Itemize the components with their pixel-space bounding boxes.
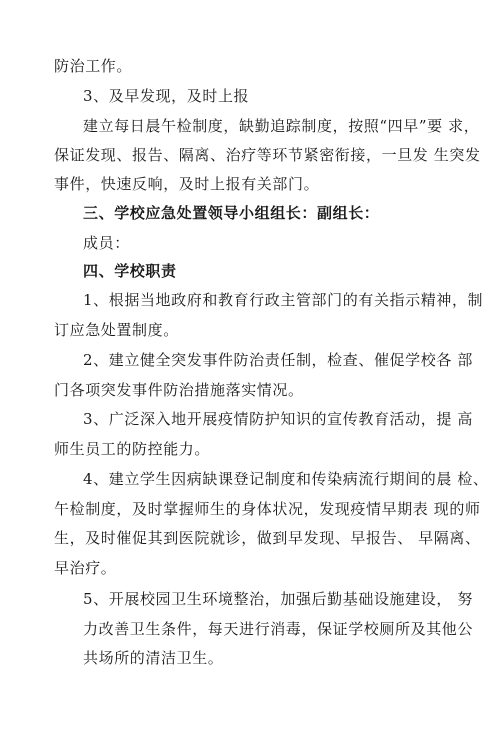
paragraph-line: 3、广泛深入地开展疫情防护知识的宣传教育活动，提 高 bbox=[83, 409, 448, 429]
document-page: 防治工作。 3、及早发现，及时上报 建立每日晨午检制度，缺勤追踪制度，按照“四早… bbox=[0, 0, 500, 741]
paragraph-line: 早治疗。 bbox=[54, 558, 448, 578]
paragraph-line: 5、开展校园卫生环境整治，加强后勤基础设施建设， 努 bbox=[83, 589, 448, 609]
paragraph-line: 共场所的清洁卫生。 bbox=[83, 648, 448, 668]
section-heading: 三、学校应急处置领导小组组长：副组长： bbox=[83, 203, 448, 223]
paragraph-line: 订应急处置制度。 bbox=[54, 320, 448, 340]
paragraph-line: 生，及时催促其到医院就诊，做到早发现、早报告、 早隔离、 bbox=[54, 528, 448, 548]
paragraph-line: 2、建立健全突发事件防治责任制，检查、催促学校各 部 bbox=[83, 350, 448, 370]
paragraph-line: 建立每日晨午检制度，缺勤追踪制度，按照“四早”要 求， bbox=[83, 116, 448, 136]
paragraph-line: 午检制度，及时掌握师生的身体状况，发现疫情早期表 现的师 bbox=[54, 499, 448, 519]
paragraph-line: 1、根据当地政府和教育行政主管部门的有关指示精神，制 bbox=[83, 290, 448, 310]
paragraph-line: 4、建立学生因病缺课登记制度和传染病流行期间的晨 检、 bbox=[83, 469, 448, 489]
paragraph-line: 门各项突发事件防治措施落实情况。 bbox=[54, 380, 448, 400]
paragraph-line: 力改善卫生条件，每天进行消毒，保证学校厕所及其他公 bbox=[83, 619, 448, 639]
section-item-title: 3、及早发现，及时上报 bbox=[83, 86, 448, 106]
paragraph-line: 事件，快速反响，及时上报有关部门。 bbox=[54, 174, 448, 194]
text-line: 防治工作。 bbox=[54, 56, 448, 76]
paragraph-line: 师生员工的防控能力。 bbox=[54, 439, 448, 459]
section-heading: 四、学校职责 bbox=[83, 261, 448, 281]
paragraph-line: 保证发现、报告、隔离、治疗等环节紧密衔接，一旦发 生突发 bbox=[54, 145, 448, 165]
members-label: 成员： bbox=[83, 233, 448, 253]
